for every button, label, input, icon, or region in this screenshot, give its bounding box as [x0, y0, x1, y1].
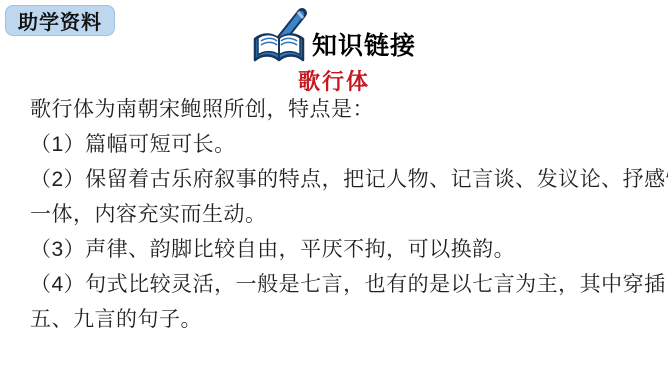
book-with-pen-icon: [252, 6, 308, 64]
text-line: （1）篇幅可短可长。: [30, 127, 664, 162]
text-line: 一体，内容充实而生动。: [30, 197, 664, 232]
text-line: 歌行体为南朝宋鲍照所创，特点是：: [30, 92, 664, 127]
slide: 助学资料: [0, 0, 668, 376]
header: 知识链接 歌行体: [0, 6, 668, 96]
body-text: 歌行体为南朝宋鲍照所创，特点是： （1）篇幅可短可长。 （2）保留着古乐府叙事的…: [30, 92, 664, 337]
text-line: （4）句式比较灵活，一般是七言，也有的是以七言为主，其中穿插了三、: [30, 267, 664, 302]
text-line: （2）保留着古乐府叙事的特点，把记人物、记言谈、发议论、抒感慨融为: [30, 162, 664, 197]
text-line: 五、九言的句子。: [30, 302, 664, 337]
header-title-row: 知识链接: [252, 6, 416, 64]
text-line: （3）声律、韵脚比较自由，平厌不拘，可以换韵。: [30, 232, 664, 267]
header-title: 知识链接: [312, 26, 416, 62]
